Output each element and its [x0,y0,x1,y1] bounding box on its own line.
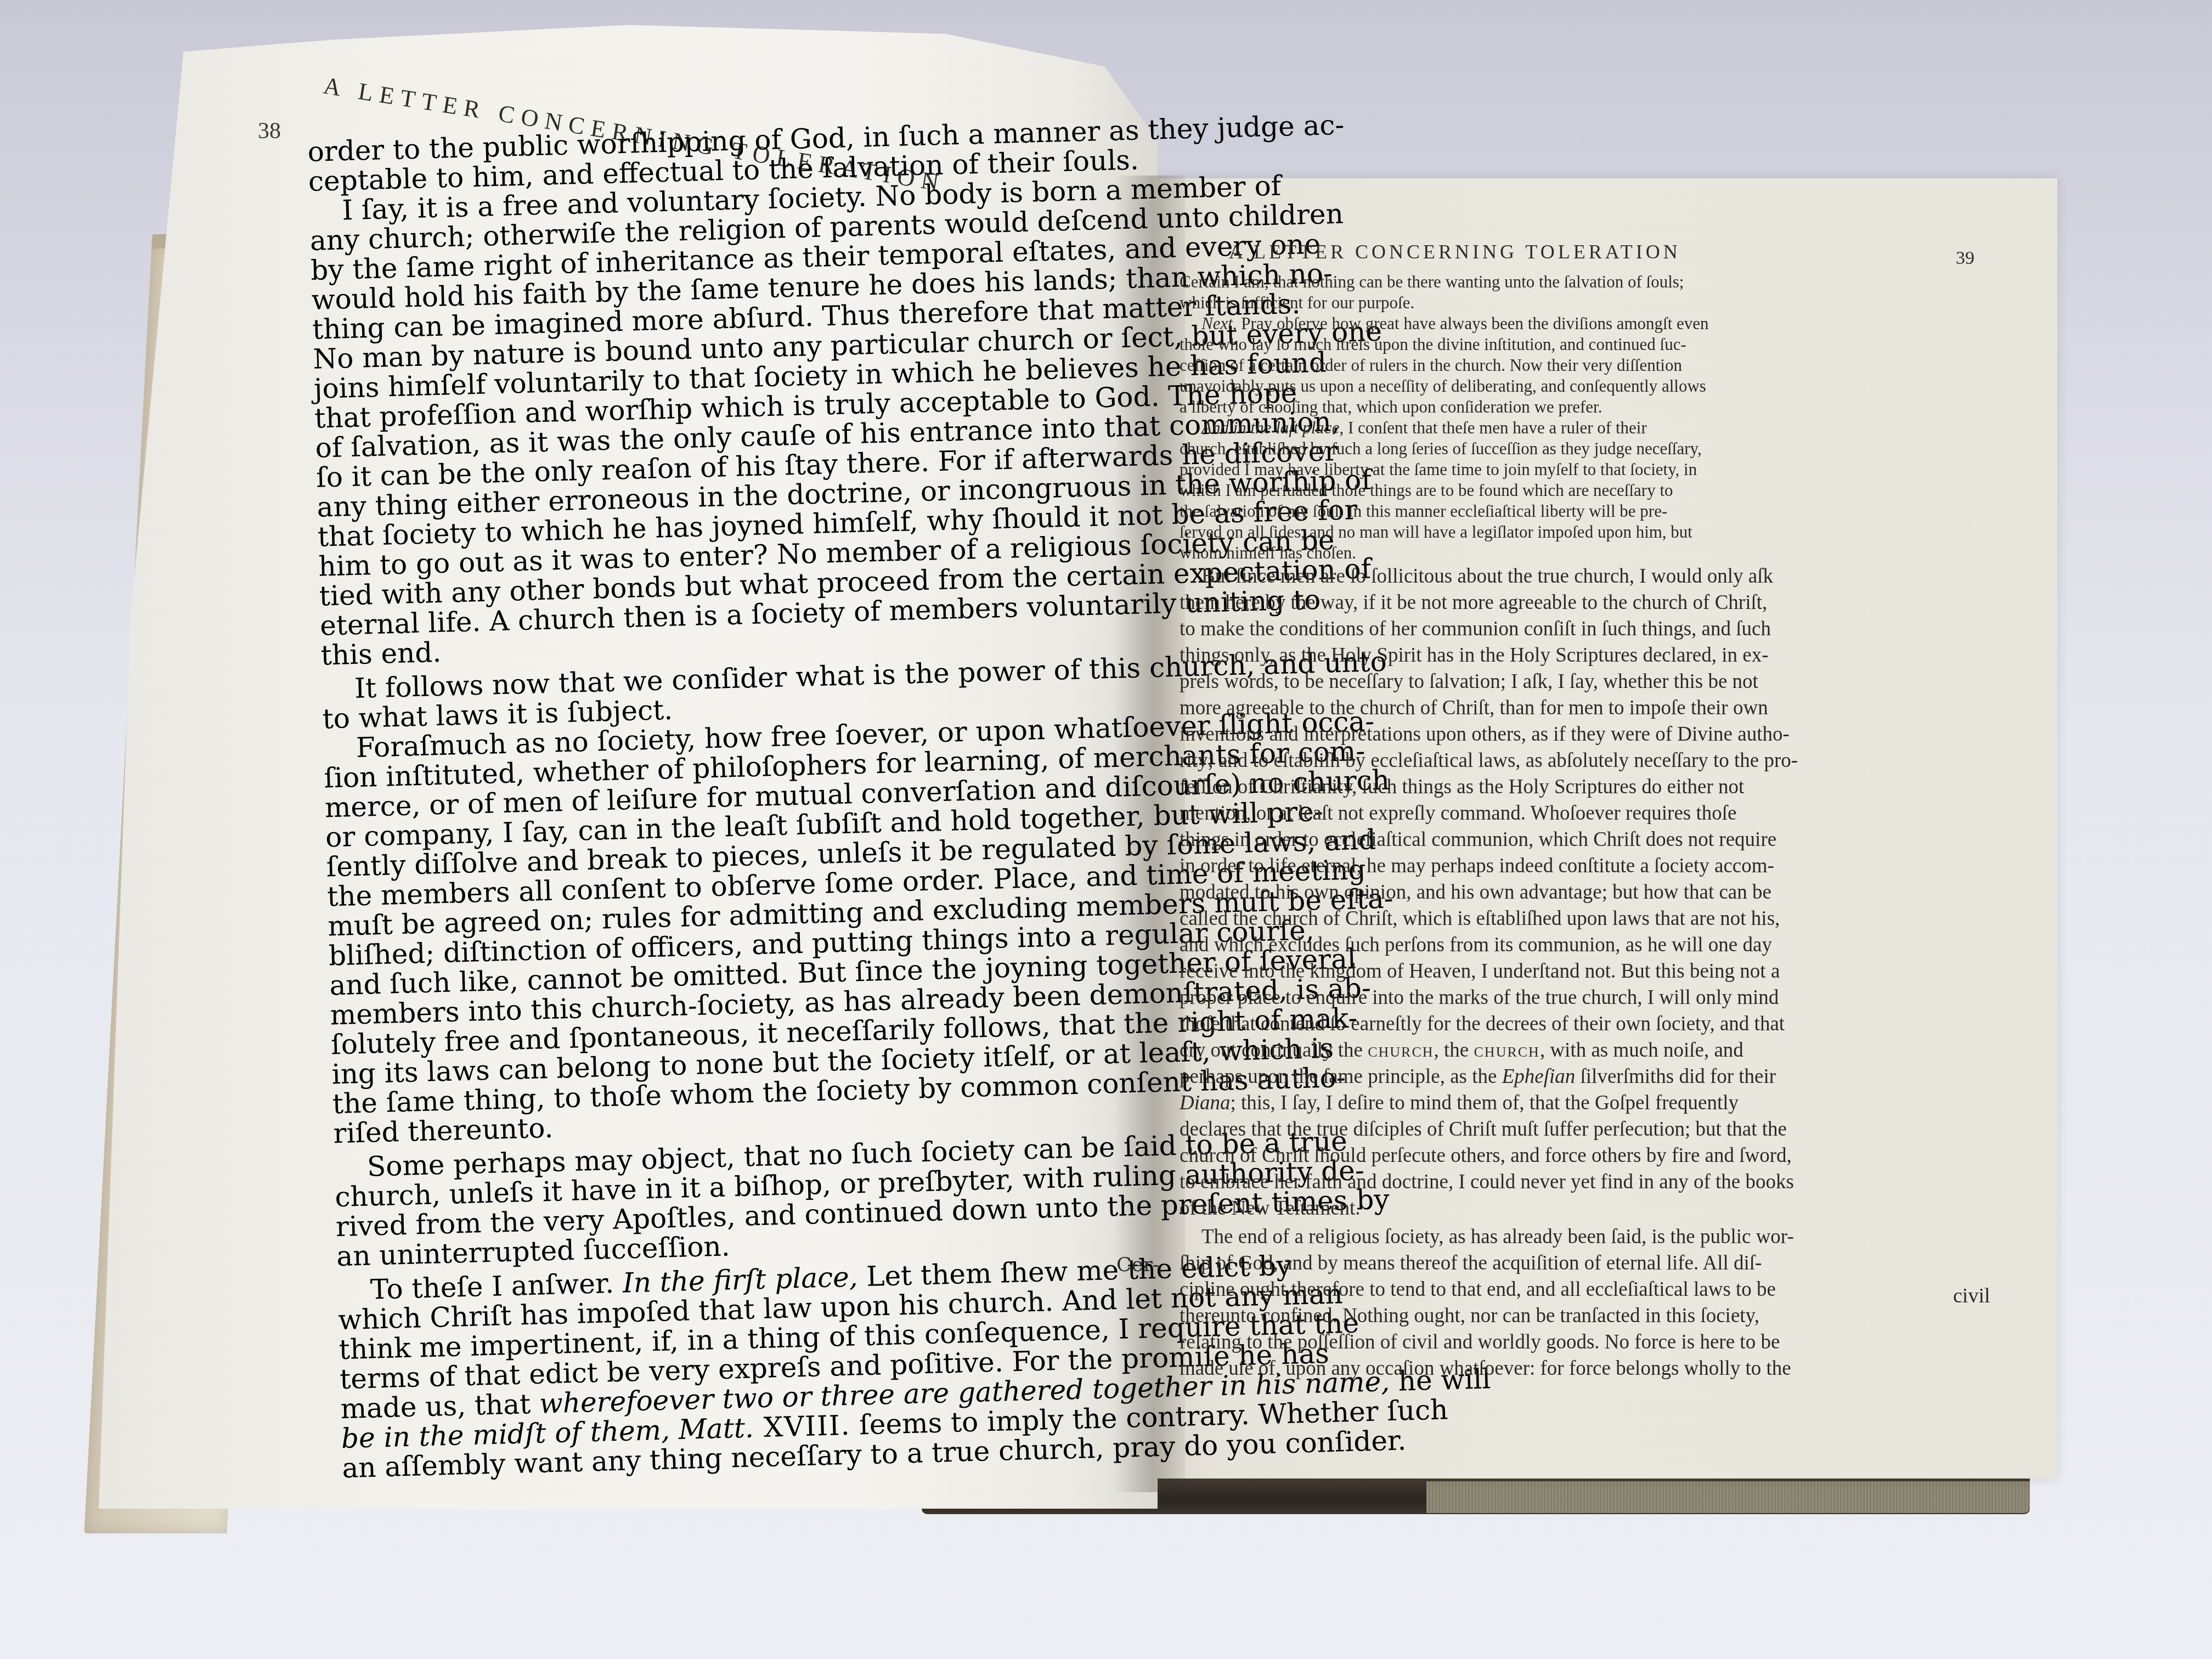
text-line: the ſalvation of my ſoul. In this manner… [1180,501,1991,522]
text-line: inventions and interpretations upon othe… [1180,721,1991,748]
text-line: things in order to eccleſiaſtical commun… [1180,827,1991,853]
text-line: thoſe that contend ſo earneſtly for the … [1180,1011,1991,1037]
text-line: church, eſtabliſhed by ſuch a long ſerie… [1180,438,1991,459]
text-line: of the New Teſtament. [1180,1195,1991,1222]
text-line: provided I may have liberty at the ſame … [1180,459,1991,480]
text-line: them here by the way, if it be not more … [1180,590,1991,616]
text-line: church of Chriſt ſhould perſecute others… [1180,1143,1991,1169]
text-line: The end of a religious ſociety, as has a… [1180,1224,1991,1250]
text-line: which I am perſuaded thoſe things are to… [1180,480,1991,501]
text-line: made uſe of, upon any occaſion whatſoeve… [1180,1356,1991,1382]
binding-cloth [1426,1481,2030,1513]
text-line: more agreeable to the church of Chriſt, … [1180,695,1991,721]
text-line: called the church of Chriſt, which is eſ… [1180,906,1991,932]
text-line: which is ſufficient for our purpoſe. [1180,292,1991,313]
text-line: things only, as the Holy Spirit has in t… [1180,642,1991,669]
text-line: declares that the true diſciples of Chri… [1180,1116,1991,1143]
text-line: cry out continually the church, the chur… [1180,1037,1991,1064]
right-page-body: Certain I am, that nothing can be there … [1180,272,1991,1382]
text-line: preſs words, to be neceſſary to ſalvatio… [1180,669,1991,695]
text-line: perhaps upon the ſame principle, as the … [1180,1064,1991,1090]
text-line: And in the laſt place, I conſent that th… [1180,417,1991,438]
text-line: ceſſion of a certain order of rulers in … [1180,355,1991,376]
text-line: rity; and to eſtabliſh by eccleſiaſtical… [1180,748,1991,774]
text-line: feſſion of Chriſtianity, ſuch things as … [1180,774,1991,800]
text-line: whom himſelf has choſen. [1180,543,1991,563]
text-line: cipline ought therefore to tend to that … [1180,1277,1991,1303]
text-line: proper place to enquire into the marks o… [1180,985,1991,1011]
right-page-main-type: But ſince men are ſo ſollicitous about t… [1180,563,1991,1382]
text-line: and which excludes ſuch perſons from its… [1180,932,1991,958]
text-line: thoſe who lay ſo much ſtreſs upon the di… [1180,334,1991,355]
text-line: ſhip of God, and by means thereof the ac… [1180,1250,1991,1277]
right-page-small-type: Certain I am, that nothing can be there … [1180,272,1991,563]
text-line: modated to his own opinion, and his own … [1180,879,1991,906]
text-line: Next, Pray obſerve how great have always… [1180,313,1991,334]
text-line: Diana; this, I ſay, I deſire to mind the… [1180,1090,1991,1116]
text-line: to make the conditions of her communion … [1180,616,1991,642]
left-page-number: 38 [258,118,281,144]
text-line: But ſince men are ſo ſollicitous about t… [1180,563,1991,590]
text-line: unavoidably puts us upon a neceſſity of … [1180,376,1991,397]
book-photo: A LETTER CONCERNING TOLERATION 38 order … [0,0,2212,1659]
right-running-head: A LETTER CONCERNING TOLERATION [1229,240,1681,263]
text-line: to embrace her faith and doctrine, I cou… [1180,1169,1991,1195]
text-line: relating to the poſſeſſion of civil and … [1180,1329,1991,1356]
text-line: thereunto confined. Nothing ought, nor c… [1180,1303,1991,1329]
right-catchword: civil [1953,1284,1990,1308]
left-page-body: order to the public worſhipping of God, … [307,116,1165,1483]
text-line: receive into the kingdom of Heaven, I un… [1180,958,1991,985]
left-catchword: Cer- [1116,1254,1159,1276]
text-line: Certain I am, that nothing can be there … [1180,272,1991,292]
text-line: ſerved on all ſides, and no man will hav… [1180,522,1991,543]
text-line: mention, or at leaſt not expreſly comman… [1180,800,1991,827]
text-line: a liberty of chooſing that, which upon c… [1180,397,1991,417]
text-line: in order to life eternal, he may perhaps… [1180,853,1991,879]
right-page-number: 39 [1956,248,1974,269]
